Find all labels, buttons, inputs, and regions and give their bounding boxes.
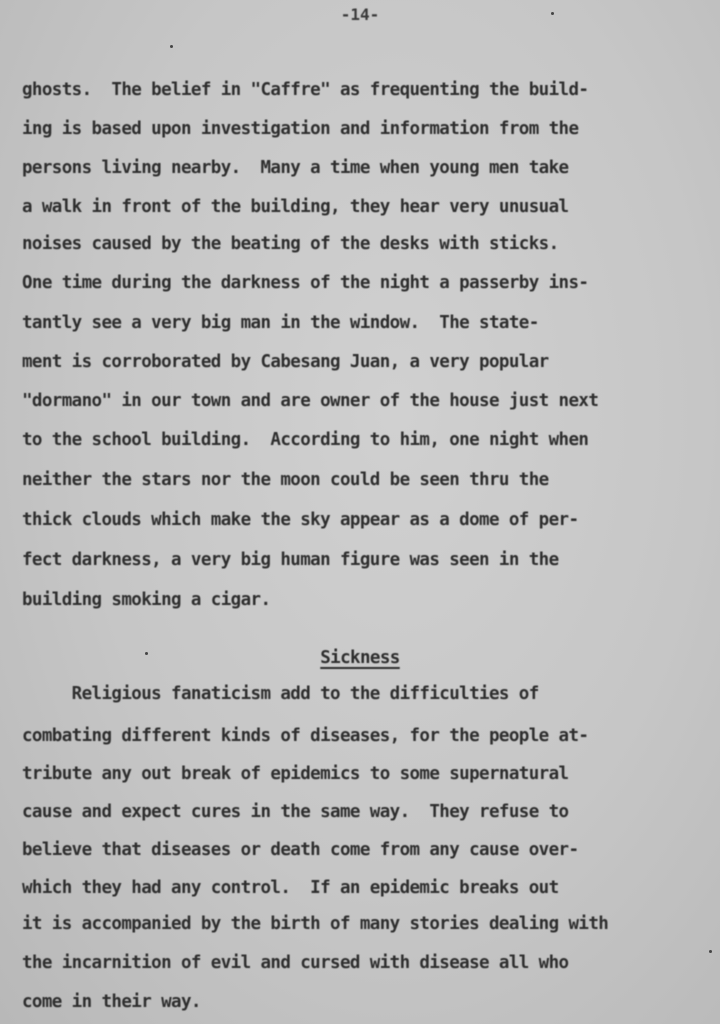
text-line: ghosts. The belief in "Caffre" as freque… (22, 80, 588, 100)
text-line: fect darkness, a very big human figure w… (22, 550, 559, 570)
text-line: persons living nearby. Many a time when … (22, 158, 568, 178)
text-line: combating different kinds of diseases, f… (22, 726, 588, 746)
text-line: ment is corroborated by Cabesang Juan, a… (22, 352, 549, 372)
text-line: believe that diseases or death come from… (22, 840, 578, 860)
text-line: the incarnition of evil and cursed with … (22, 953, 568, 973)
text-line: thick clouds which make the sky appear a… (22, 510, 578, 530)
section-heading-text: Sickness (320, 648, 400, 668)
text-line: tantly see a very big man in the window.… (22, 313, 539, 333)
text-line: Religious fanaticism add to the difficul… (22, 684, 539, 704)
text-line: which they had any control. If an epidem… (22, 878, 559, 898)
text-line: noises caused by the beating of the desk… (22, 234, 559, 254)
ink-speck (170, 45, 173, 48)
text-line: neither the stars nor the moon could be … (22, 470, 549, 490)
text-line: "dormano" in our town and are owner of t… (22, 391, 598, 411)
text-line: tribute any out break of epidemics to so… (22, 764, 568, 784)
text-line: come in their way. (22, 992, 201, 1012)
text-line: One time during the darkness of the nigh… (22, 273, 588, 293)
ink-speck (551, 12, 554, 15)
text-line: building smoking a cigar. (22, 590, 270, 610)
section-heading: Sickness (0, 648, 720, 668)
typewritten-page: -14- ghosts. The belief in "Caffre" as f… (0, 0, 720, 1024)
text-line: cause and expect cures in the same way. … (22, 802, 568, 822)
ink-speck (145, 652, 148, 655)
text-line: it is accompanied by the birth of many s… (22, 914, 608, 934)
ink-speck (709, 950, 712, 953)
text-line: to the school building. According to him… (22, 430, 588, 450)
text-line: a walk in front of the building, they he… (22, 197, 568, 217)
text-line: ing is based upon investigation and info… (22, 119, 578, 139)
page-number: -14- (0, 5, 720, 24)
